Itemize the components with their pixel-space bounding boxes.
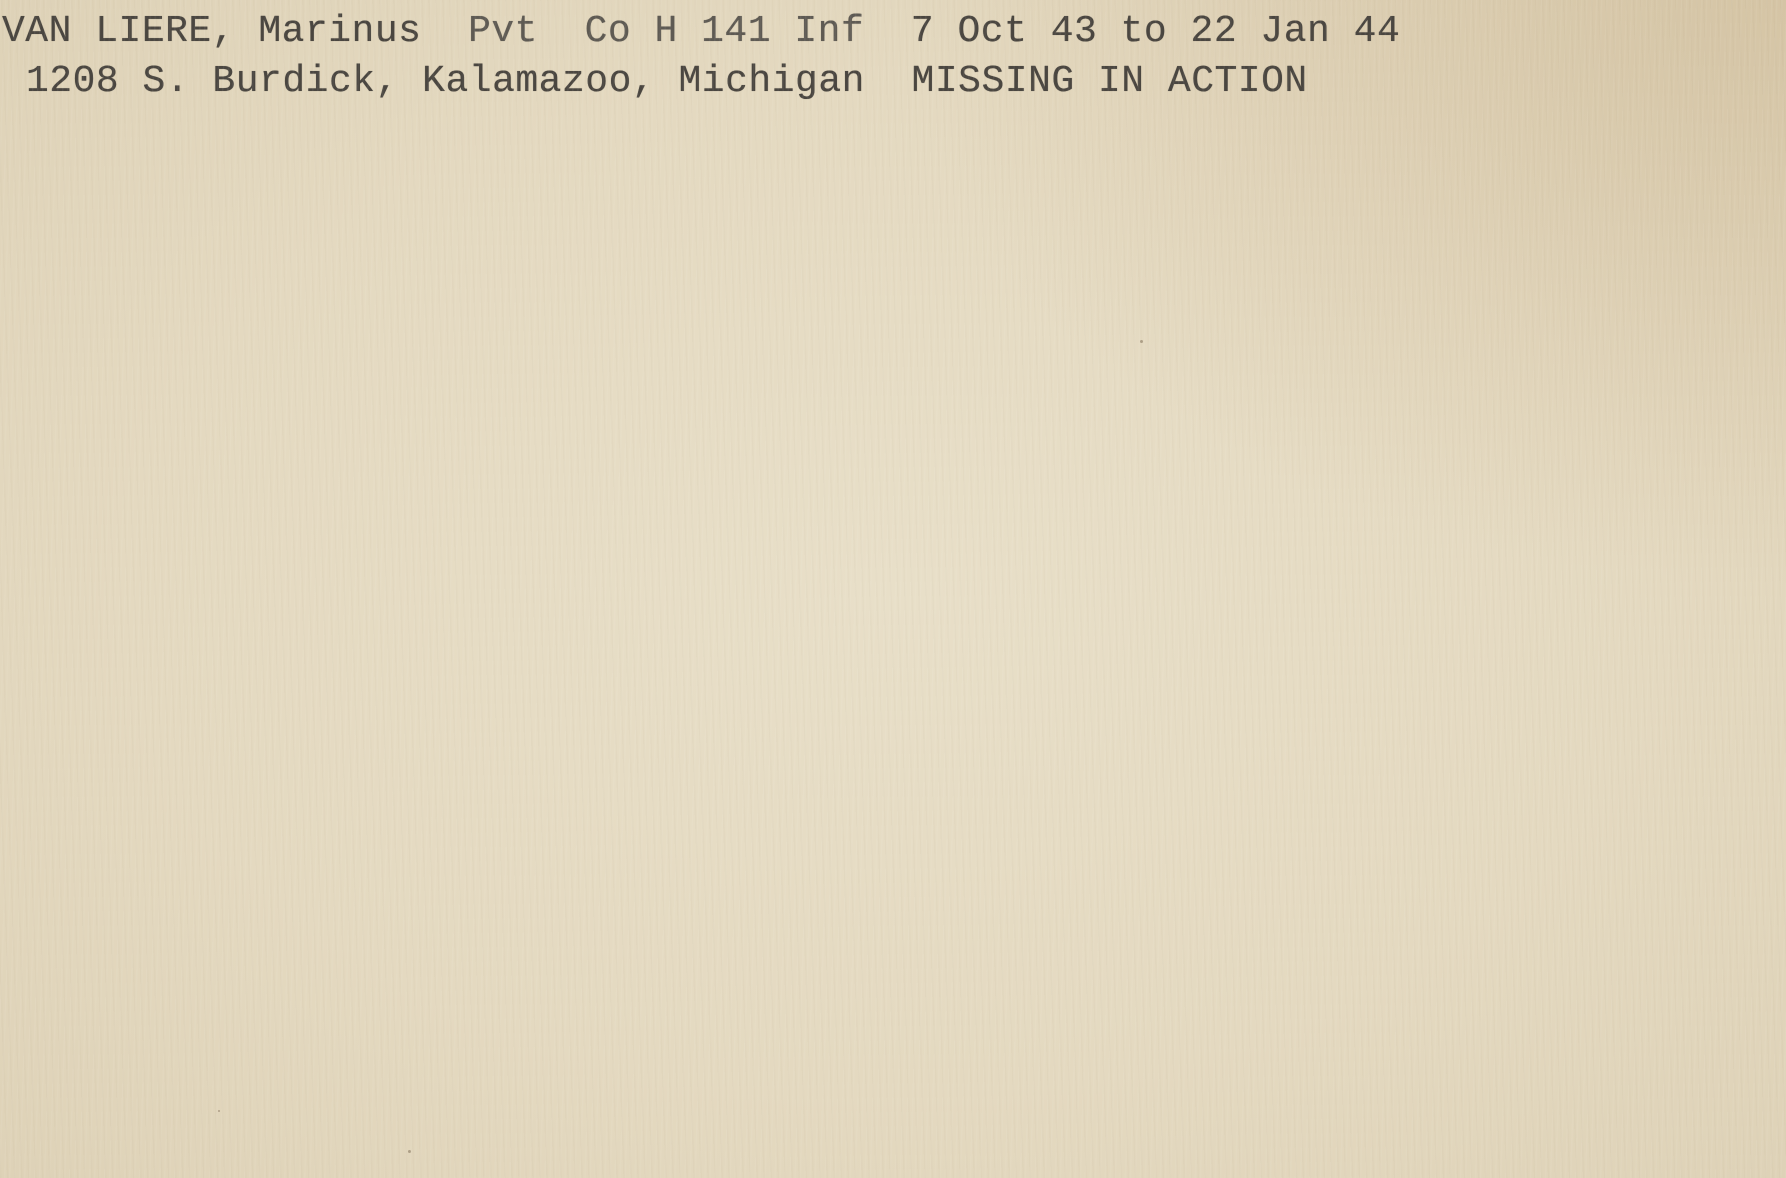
paper-fleck bbox=[408, 1150, 411, 1153]
paper-fleck bbox=[218, 1110, 220, 1112]
service-dates: 7 Oct 43 to 22 Jan 44 bbox=[911, 10, 1400, 53]
index-card: VAN LIERE, Marinus Pvt Co H 141 Inf 7 Oc… bbox=[0, 0, 1786, 1178]
soldier-name: VAN LIERE, Marinus bbox=[2, 10, 421, 53]
record-line-1: VAN LIERE, Marinus Pvt Co H 141 Inf 7 Oc… bbox=[2, 10, 1400, 53]
home-address: 1208 S. Burdick, Kalamazoo, Michigan bbox=[26, 60, 865, 103]
status: MISSING IN ACTION bbox=[912, 60, 1308, 103]
record-line-2: 1208 S. Burdick, Kalamazoo, Michigan MIS… bbox=[26, 60, 1308, 103]
unit: Co H 141 Inf bbox=[585, 10, 865, 53]
paper-fleck bbox=[1140, 340, 1143, 343]
rank: Pvt bbox=[468, 10, 538, 53]
